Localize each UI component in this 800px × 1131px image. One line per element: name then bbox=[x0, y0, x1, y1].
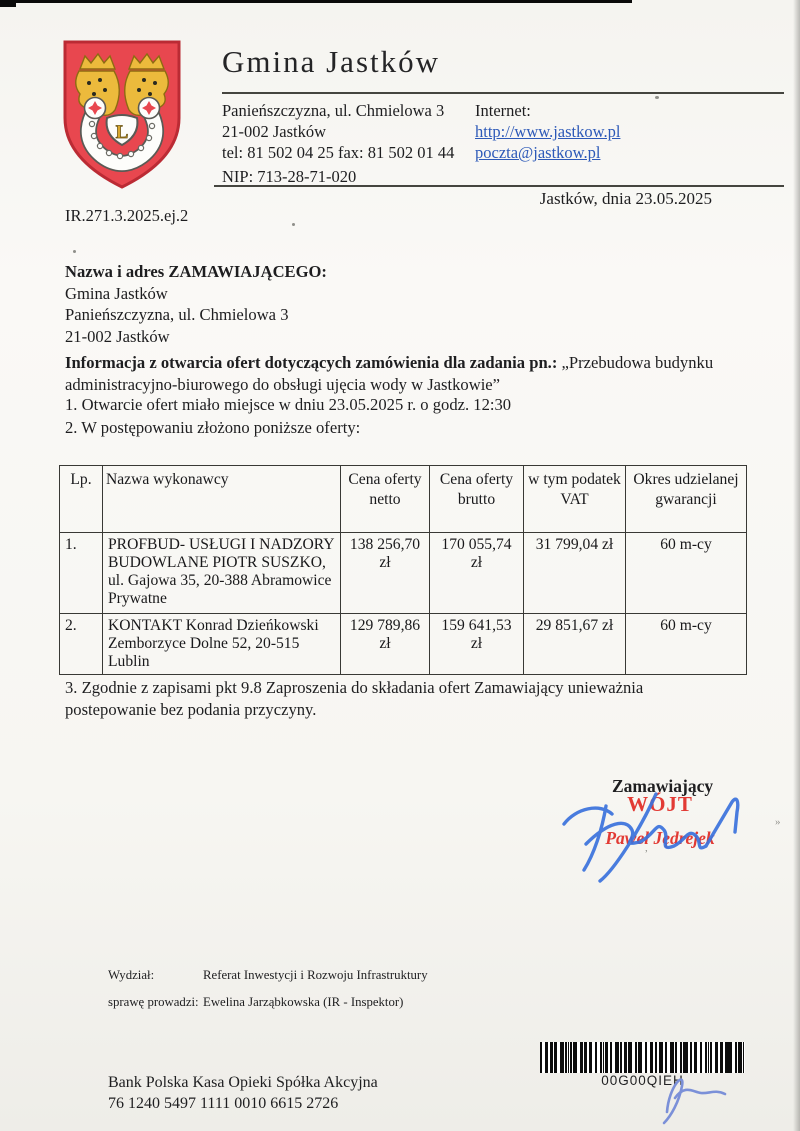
offer-2-warranty: 60 m-cy bbox=[626, 614, 747, 675]
offer-1-lp: 1. bbox=[60, 533, 103, 614]
scan-speck bbox=[655, 96, 659, 99]
offer-1-netto: 138 256,70 zł bbox=[341, 533, 430, 614]
header-phone-line: tel: 81 502 04 25 fax: 81 502 01 44 bbox=[222, 142, 472, 163]
point-3: 3. Zgodnie z zapisami pkt 9.8 Zaproszeni… bbox=[65, 677, 705, 720]
offer-1-warranty: 60 m-cy bbox=[626, 533, 747, 614]
nip-line: NIP: 713-28-71-020 bbox=[222, 166, 356, 187]
offers-table: Lp. Nazwa wykonawcy Cena oferty netto Ce… bbox=[59, 465, 747, 675]
col-header-warranty: Okres udzielanej gwarancji bbox=[626, 466, 747, 533]
header-address-block: Panieńszczyzna, ul. Chmielowa 3 21-002 J… bbox=[222, 100, 472, 163]
handwritten-signature bbox=[556, 788, 766, 883]
coat-of-arms: L bbox=[58, 38, 186, 191]
header-rule-bottom bbox=[214, 185, 784, 187]
addressee-line1: Gmina Jastków bbox=[65, 283, 515, 305]
offer-row: 1. PROFBUD- USŁUGI I NADZORY BUDOWLANE P… bbox=[60, 533, 747, 614]
offer-2-vat: 29 851,67 zł bbox=[524, 614, 626, 675]
scanned-document-page: » , bbox=[0, 0, 800, 1131]
bank-name: Bank Polska Kasa Opieki Spółka Akcyjna bbox=[108, 1072, 378, 1093]
addressee-heading: Nazwa i adres ZAMAWIAJĄCEGO: bbox=[65, 261, 515, 283]
internet-label: Internet: bbox=[475, 100, 705, 121]
point-2: 2. W postępowaniu złożono poniższe ofert… bbox=[65, 417, 765, 439]
header-address-line2: 21-002 Jastków bbox=[222, 121, 472, 142]
offers-table-wrap: Lp. Nazwa wykonawcy Cena oferty netto Ce… bbox=[59, 465, 747, 675]
col-header-netto: Cena oferty netto bbox=[341, 466, 430, 533]
offer-2-lp: 2. bbox=[60, 614, 103, 675]
header-rule-top bbox=[222, 92, 784, 94]
email-link[interactable]: poczta@jastkow.pl bbox=[475, 142, 705, 163]
scan-speck bbox=[73, 250, 76, 253]
initials-paraph bbox=[655, 1066, 740, 1126]
col-header-lp: Lp. bbox=[60, 466, 103, 533]
addressee-block: Nazwa i adres ZAMAWIAJĄCEGO: Gmina Jastk… bbox=[65, 261, 515, 347]
info-paragraph: Informacja z otwarcia ofert dotyczących … bbox=[65, 352, 760, 395]
bank-account: 76 1240 5497 1111 0010 6615 2726 bbox=[108, 1093, 338, 1114]
point-1: 1. Otwarcie ofert miało miejsce w dniu 2… bbox=[65, 394, 765, 416]
offer-2-name: KONTAKT Konrad Dzieńkowski Zemborzyce Do… bbox=[103, 614, 341, 675]
scan-artifact-corner bbox=[0, 0, 16, 7]
offer-1-vat: 31 799,04 zł bbox=[524, 533, 626, 614]
date-line: Jastków, dnia 23.05.2025 bbox=[412, 189, 712, 209]
header-internet-block: Internet: http://www.jastkow.pl poczta@j… bbox=[475, 100, 705, 163]
municipality-title: Gmina Jastków bbox=[222, 44, 440, 80]
department-value: Referat Inwestycji i Rozwoju Infrastrukt… bbox=[203, 968, 428, 983]
offer-1-name: PROFBUD- USŁUGI I NADZORY BUDOWLANE PIOT… bbox=[103, 533, 341, 614]
addressee-line3: 21-002 Jastków bbox=[65, 326, 515, 348]
reference-number: IR.271.3.2025.ej.2 bbox=[65, 206, 188, 226]
offer-1-brutto: 170 055,74 zł bbox=[430, 533, 524, 614]
col-header-name: Nazwa wykonawcy bbox=[103, 466, 341, 533]
col-header-brutto: Cena oferty brutto bbox=[430, 466, 524, 533]
col-header-vat: w tym podatek VAT bbox=[524, 466, 626, 533]
header-address-line1: Panieńszczyzna, ul. Chmielowa 3 bbox=[222, 100, 472, 121]
website-link[interactable]: http://www.jastkow.pl bbox=[475, 121, 705, 142]
department-label: Wydział: bbox=[108, 968, 154, 983]
offer-2-netto: 129 789,86 zł bbox=[341, 614, 430, 675]
offer-2-brutto: 159 641,53 zł bbox=[430, 614, 524, 675]
handler-label: sprawę prowadzi: bbox=[108, 995, 199, 1010]
addressee-line2: Panieńszczyzna, ul. Chmielowa 3 bbox=[65, 304, 515, 326]
handler-value: Ewelina Jarząbkowska (IR - Inspektor) bbox=[203, 995, 403, 1010]
scan-speck: » bbox=[775, 816, 781, 828]
info-paragraph-bold: Informacja z otwarcia ofert dotyczących … bbox=[65, 353, 557, 372]
scan-speck bbox=[292, 223, 295, 226]
scan-artifact-right-edge bbox=[793, 0, 800, 1131]
crest-letter: L bbox=[116, 122, 129, 143]
offer-row: 2. KONTAKT Konrad Dzieńkowski Zemborzyce… bbox=[60, 614, 747, 675]
scan-artifact-top-edge bbox=[0, 0, 632, 3]
coat-of-arms-graphic: L bbox=[58, 38, 186, 191]
offers-table-header-row: Lp. Nazwa wykonawcy Cena oferty netto Ce… bbox=[60, 466, 747, 533]
